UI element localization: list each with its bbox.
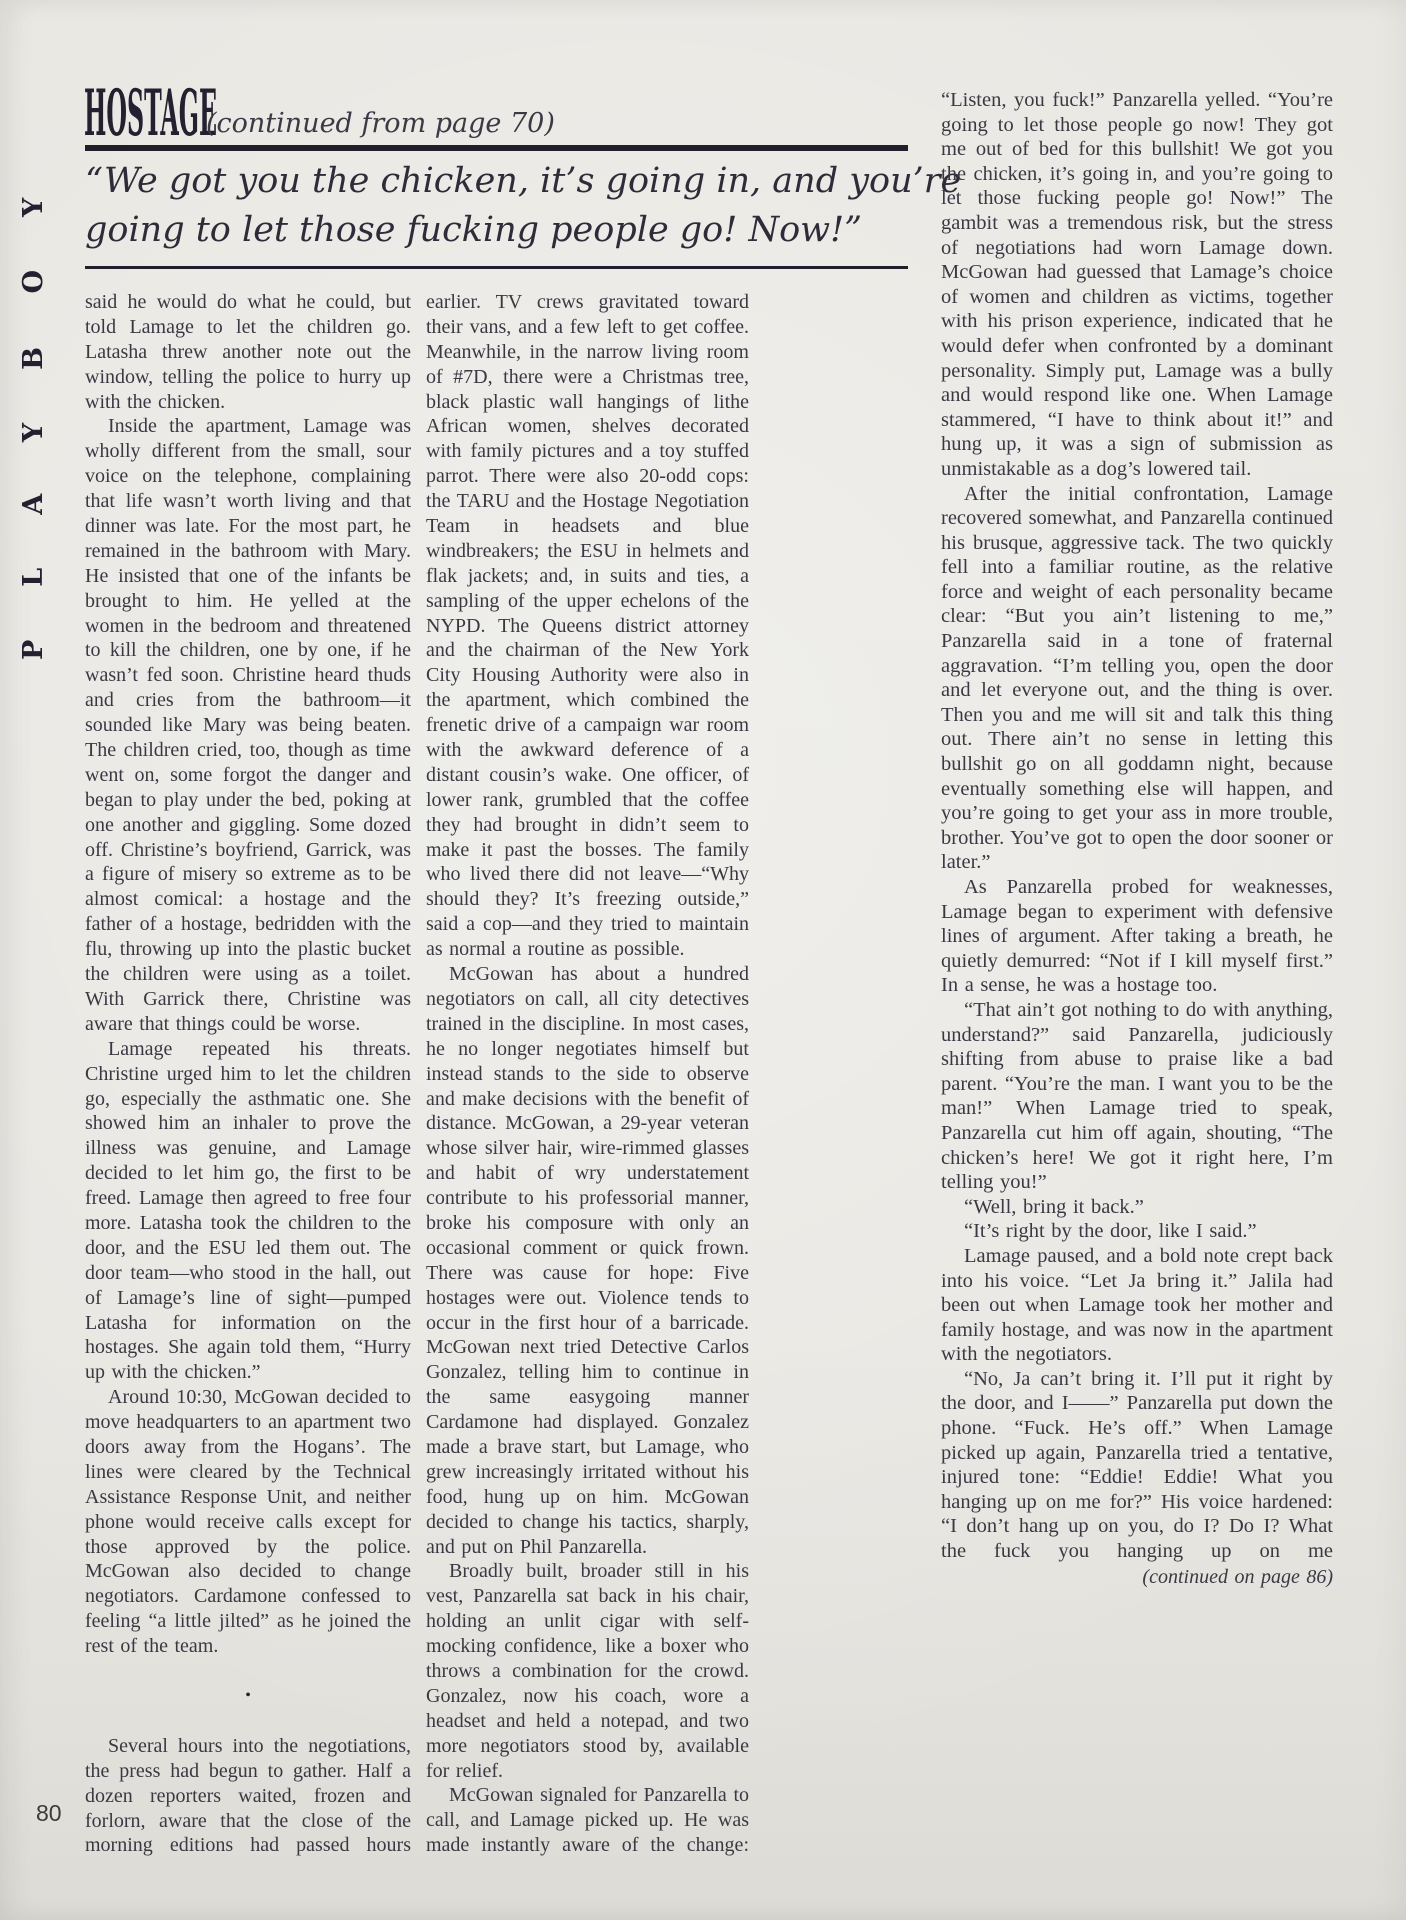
magazine-page: PLAYBOY HOSTAGE (continued from page 70)… <box>0 0 1406 1920</box>
paragraph: Broadly built, broader still in his vest… <box>426 1559 749 1783</box>
divider-rule-top <box>85 145 908 151</box>
continued-on-note: (continued on page 86) <box>941 1565 1333 1589</box>
paragraph: McGowan signaled for Panzarella to call,… <box>426 1783 749 1858</box>
paragraph: Lamage paused, and a bold note crept bac… <box>941 1244 1333 1367</box>
pull-quote-line-1: “We got you the chicken, it’s going in, … <box>85 157 915 206</box>
magazine-name-vertical: PLAYBOY <box>18 80 49 660</box>
paragraph: “It’s right by the door, like I said.” <box>941 1219 1333 1244</box>
text-column-1: said he would do what he could, but told… <box>85 290 411 1858</box>
section-separator-bullet: • <box>85 1659 411 1734</box>
pull-quote-line-2: going to let those fucking people go! No… <box>85 206 915 255</box>
text-column-2: earlier. TV crews gravitated toward thei… <box>426 290 749 1858</box>
paragraph: “Listen, you fuck!” Panzarella yelled. “… <box>941 88 1333 482</box>
page-number: 80 <box>36 1800 62 1827</box>
paragraph: “That ain’t got nothing to do with anyth… <box>941 998 1333 1195</box>
paragraph: Inside the apartment, Lamage was wholly … <box>85 414 411 1036</box>
paragraph: McGowan has about a hundred negotiators … <box>426 962 749 1559</box>
paragraph: After the initial confrontation, Lamage … <box>941 482 1333 876</box>
paragraph: Lamage repeated his threats. Christine u… <box>85 1037 411 1385</box>
pull-quote: “We got you the chicken, it’s going in, … <box>85 157 915 255</box>
divider-rule-bottom <box>85 266 908 269</box>
paragraph: Several hours into the negotiations, the… <box>85 1734 411 1858</box>
paragraph: earlier. TV crews gravitated toward thei… <box>426 290 749 962</box>
paragraph: “No, Ja can’t bring it. I’ll put it righ… <box>941 1367 1333 1564</box>
paragraph: “Well, bring it back.” <box>941 1195 1333 1220</box>
paragraph: said he would do what he could, but told… <box>85 290 411 414</box>
article-title: HOSTAGE <box>84 84 217 144</box>
paragraph: Around 10:30, McGowan decided to move he… <box>85 1385 411 1659</box>
text-column-3: “Listen, you fuck!” Panzarella yelled. “… <box>941 88 1333 1589</box>
paragraph: As Panzarella probed for weaknesses, Lam… <box>941 875 1333 998</box>
continued-from-note: (continued from page 70) <box>206 108 555 139</box>
